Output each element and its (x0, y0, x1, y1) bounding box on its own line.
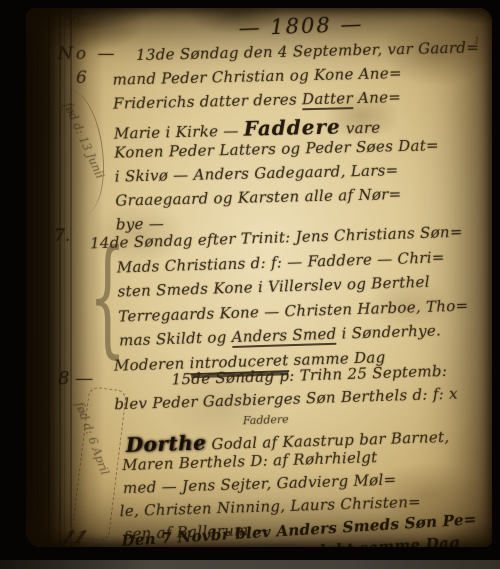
record-text: Marie i Kirke — (114, 121, 244, 142)
record-entry-7: 14de Søndag efter Trinit: Jens Christian… (90, 222, 492, 382)
entry-8-margin-number: 8 — (58, 368, 93, 389)
record-text: Friderichs datter deres (113, 91, 302, 113)
scanner-bed-strip (0, 560, 500, 569)
record-text: vare (341, 118, 381, 137)
scanned-parish-register: { "palette": { "ink": "#2e2110", "parchm… (0, 0, 500, 569)
underlined-name: Anders Smed (231, 325, 336, 348)
year-heading: — 1808 — (196, 10, 407, 41)
entry-6-margin-number: 6 (76, 68, 87, 88)
emphasized-word: Faddere (243, 114, 341, 140)
underlined-word: Datter (302, 90, 353, 111)
record-text: Ane= (353, 88, 402, 107)
gutter-streaks (26, 8, 72, 547)
register-page: 36 — 1808 — 1 No — 6 fød d: 13 Junii 7. … (26, 8, 492, 547)
page-number: 36 (62, 11, 82, 30)
record-text: mas Skildt og (119, 328, 232, 350)
record-entry-6: 13de Søndag den 4 September, var Gaard= … (112, 37, 492, 240)
entry-6-margin-label: No — (58, 44, 118, 64)
entry-7-margin-number: 7. (54, 226, 70, 246)
entry-11-margin-number: 11 (57, 528, 91, 547)
record-text: i Sønderhye. (336, 322, 441, 343)
